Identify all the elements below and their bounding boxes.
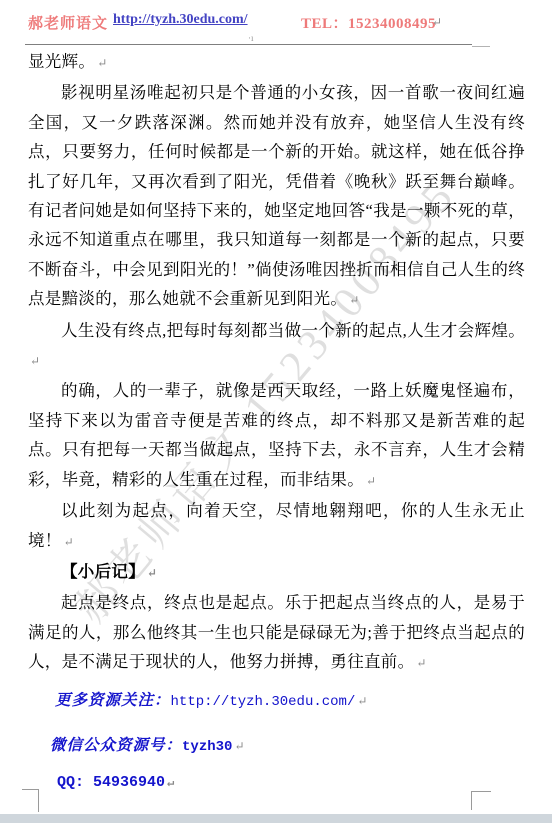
paragraph-text: 【小后记】 (61, 562, 145, 581)
header-boundary-mark: ·ı (248, 33, 254, 43)
promo-wechat-label: 微信公众资源号： (50, 737, 182, 754)
promo-qq-value: 54936940 (93, 774, 165, 791)
paragraph-text: 人生没有终点,把每时每刻都当做一个新的起点,人生才会辉煌。 (61, 321, 525, 340)
text-boundary-corner-right-icon (471, 791, 491, 810)
document-page: 郝老师语文 15234008495 郝老师语文 http://tyzh.30ed… (0, 0, 552, 823)
paragraph-mark-icon: ↵ (357, 694, 367, 708)
header-brand: 郝老师语文 (28, 12, 108, 32)
document-body: 显光辉。↵ 影视明星汤唯起初只是个普通的小女孩，因一首歌一夜间红遍全国，又一夕跌… (28, 47, 525, 679)
paragraph-mark-icon: ↵ (64, 535, 74, 549)
paragraph: 的确，人的一辈子，就像是西天取经，一路上妖魔鬼怪遍布，坚持下来以为雷音寺便是苦难… (28, 376, 525, 496)
paragraph-mark-icon: ↵ (30, 354, 40, 368)
window-bottom-edge (0, 814, 552, 823)
promo-follow-label: 更多资源关注： (55, 692, 171, 709)
paragraph-mark-icon: ↵ (234, 739, 244, 753)
header-divider-step (472, 46, 490, 47)
paragraph: 影视明星汤唯起初只是个普通的小女孩，因一首歌一夜间红遍全国，又一夕跌落深渊。然而… (28, 78, 525, 315)
header-divider (25, 44, 472, 45)
text-boundary-corner-left-icon (22, 789, 39, 812)
paragraph: 人生没有终点,把每时每刻都当做一个新的起点,人生才会辉煌。↵ (28, 316, 525, 377)
paragraph-mark-icon: ↵ (167, 776, 174, 790)
promo-follow-url-link[interactable]: http://tyzh.30edu.com/ (171, 694, 356, 710)
paragraph-mark-icon: ↵ (349, 293, 359, 307)
paragraph-text: 的确，人的一辈子，就像是西天取经，一路上妖魔鬼怪遍布，坚持下来以为雷音寺便是苦难… (28, 381, 525, 488)
paragraph-mark-icon: ↵ (97, 56, 107, 70)
promo-qq-line: QQ: 54936940↵ (57, 774, 174, 791)
promo-wechat-line: 微信公众资源号：tyzh30↵ (50, 733, 245, 755)
paragraph: 显光辉。↵ (28, 47, 525, 78)
paragraph-mark-icon: ↵ (416, 656, 426, 670)
paragraph: 起点是终点，终点也是起点。乐于把起点当终点的人，是易于满足的人，那么他终其一生也… (28, 588, 525, 678)
paragraph-text: 影视明星汤唯起初只是个普通的小女孩，因一首歌一夜间红遍全国，又一夕跌落深渊。然而… (28, 83, 525, 308)
paragraph-mark-icon: ↵ (432, 15, 442, 30)
paragraph-text: 起点是终点，终点也是起点。乐于把起点当终点的人，是易于满足的人，那么他终其一生也… (28, 593, 525, 671)
promo-wechat-value: tyzh30 (182, 739, 232, 755)
header-telephone: TEL：15234008495 (301, 12, 436, 32)
header-url-link[interactable]: http://tyzh.30edu.com/ (113, 12, 248, 32)
paragraph-mark-icon: ↵ (366, 474, 376, 488)
paragraph-mark-icon: ↵ (147, 566, 157, 580)
promo-qq-label: QQ: (57, 774, 93, 791)
paragraph: 以此刻为起点，向着天空，尽情地翱翔吧，你的人生永无止境！↵ (28, 496, 525, 557)
promo-follow-line: 更多资源关注：http://tyzh.30edu.com/↵ (55, 688, 367, 710)
paragraph-text: 以此刻为起点，向着天空，尽情地翱翔吧，你的人生永无止境！ (28, 501, 525, 549)
postscript-heading: 【小后记】↵ (28, 557, 525, 588)
paragraph-text: 显光辉。 (28, 52, 95, 71)
